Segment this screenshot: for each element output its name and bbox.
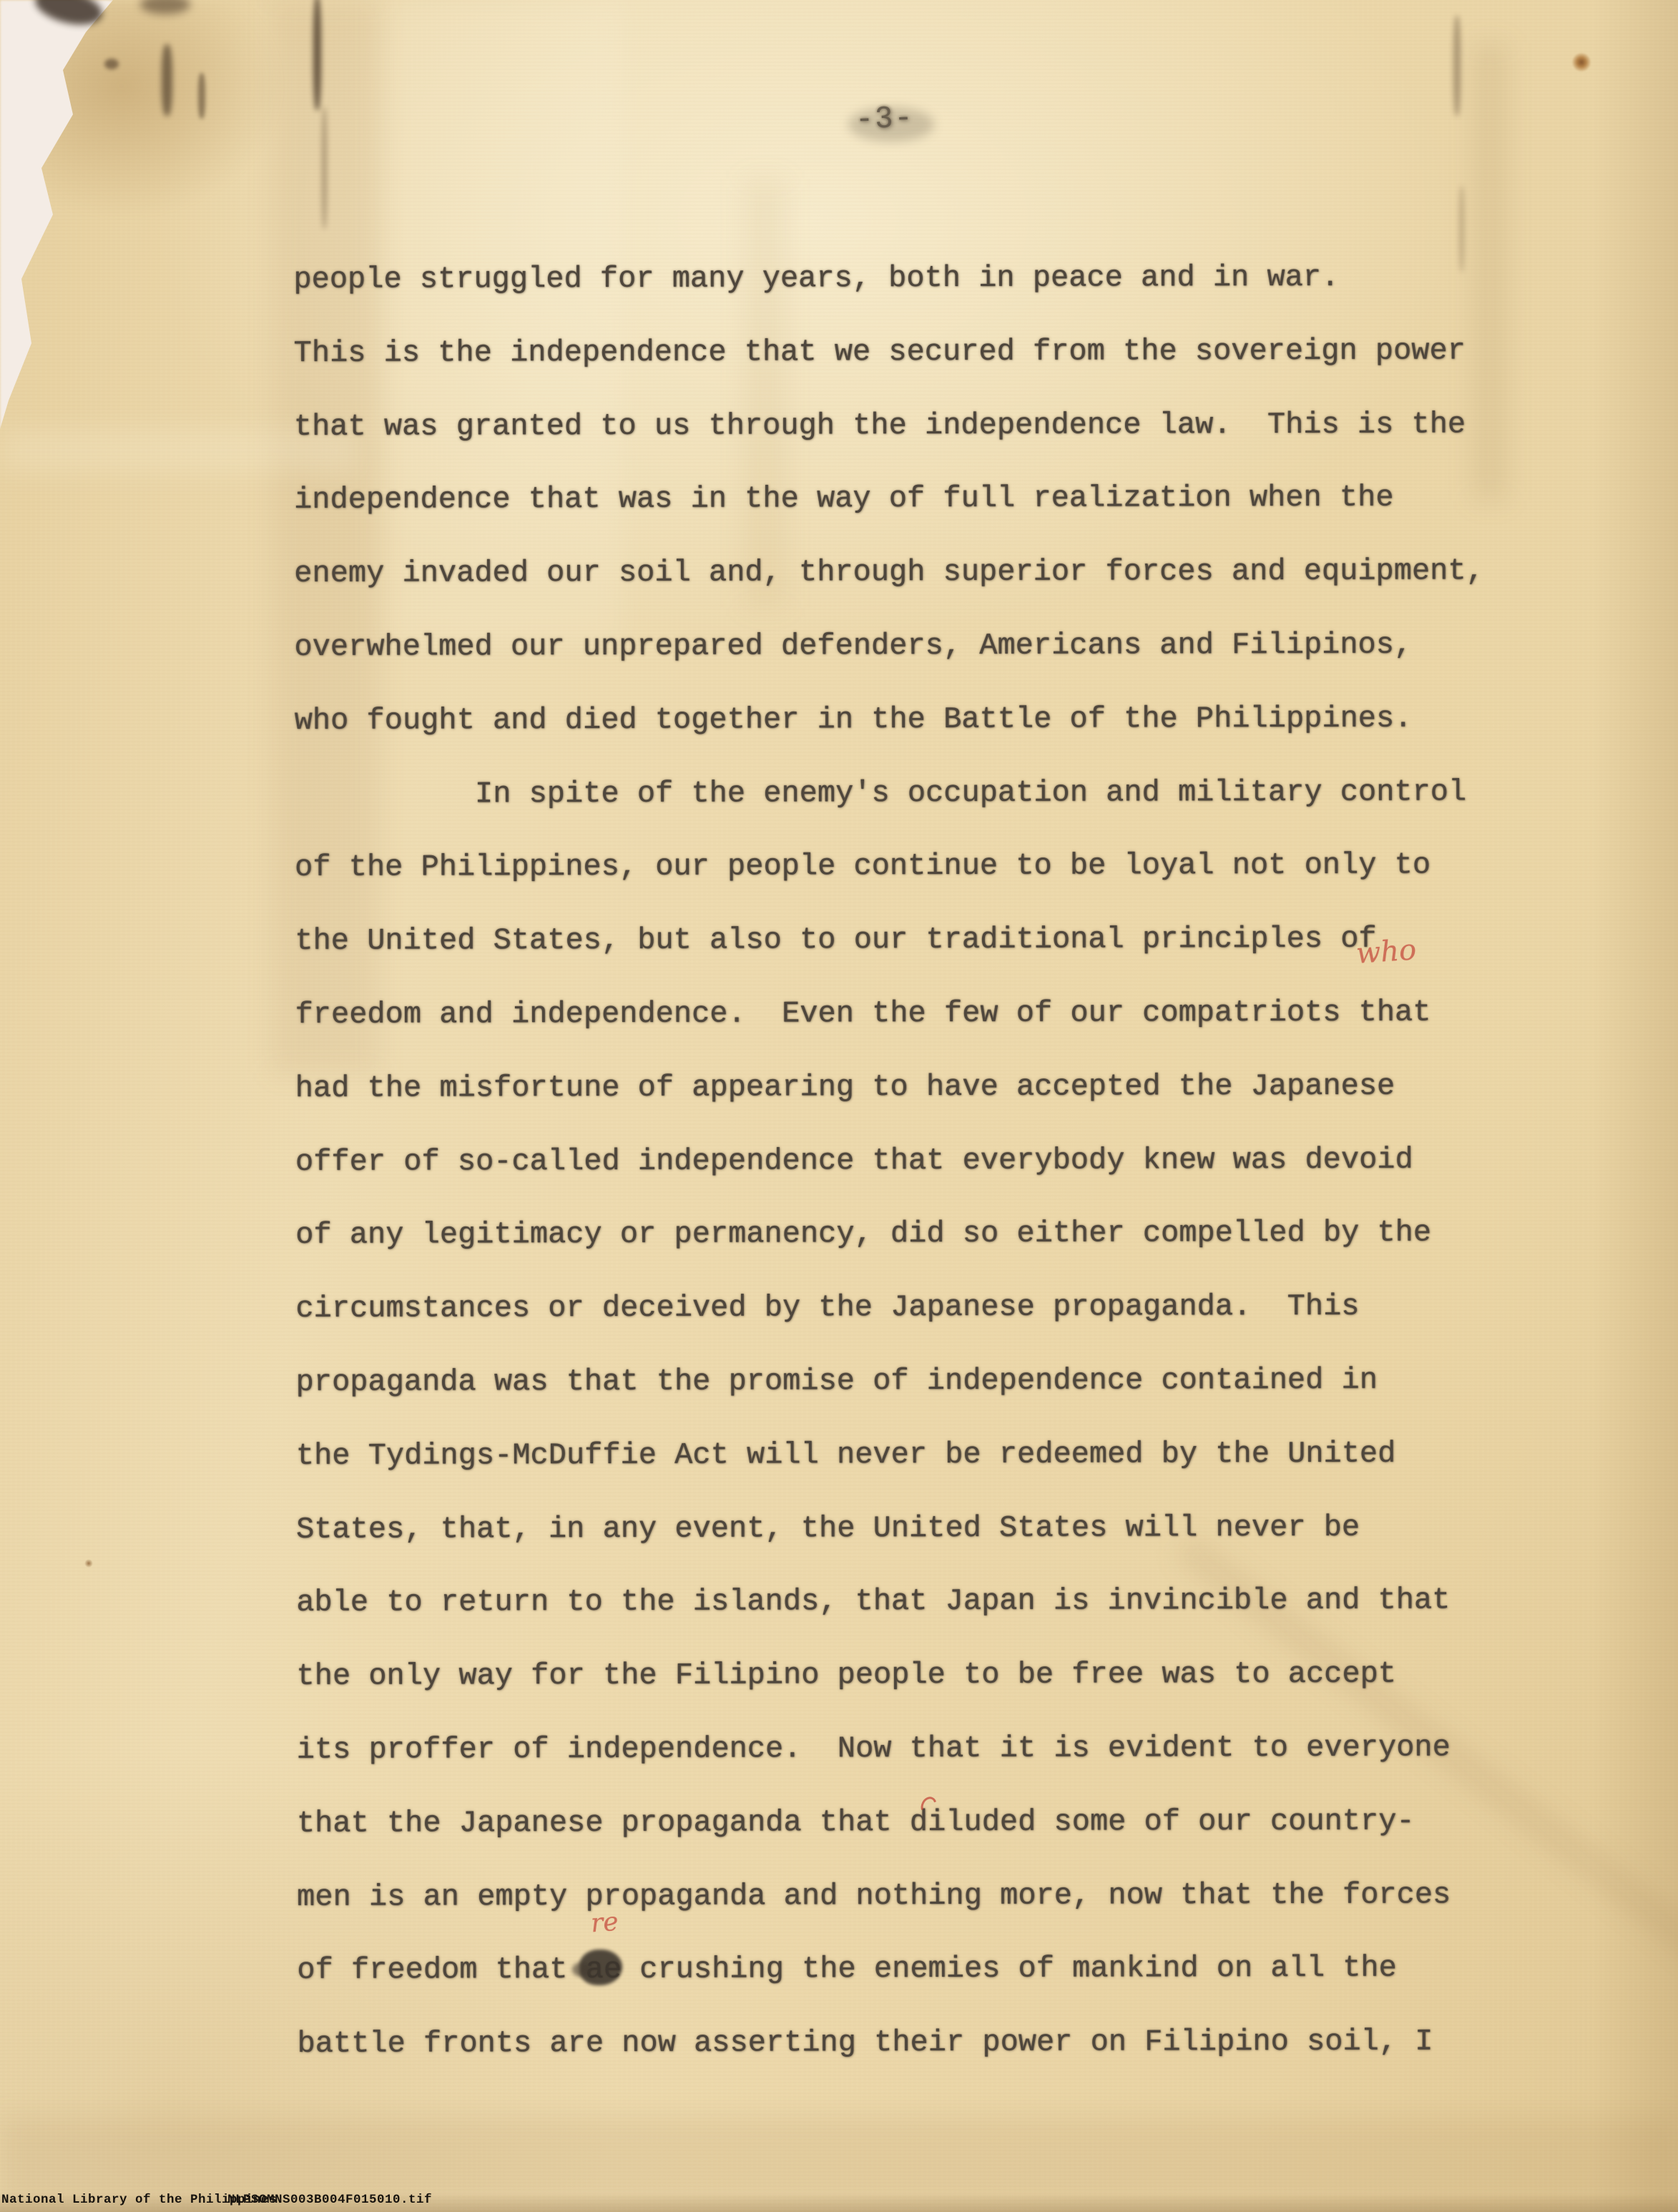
page-number: -3- bbox=[855, 99, 935, 138]
text-line: propaganda was that the promise of indep… bbox=[296, 1343, 1569, 1420]
text-line: States, that, in any event, the United S… bbox=[296, 1490, 1569, 1567]
text-line: of the Philippines, our people continue … bbox=[295, 829, 1568, 905]
red-handwritten-insertion: who bbox=[1355, 933, 1417, 970]
ink-stain bbox=[198, 73, 205, 119]
crease-stain bbox=[1453, 16, 1461, 116]
text-line: who fought and died together in the Batt… bbox=[295, 682, 1568, 758]
ink-stain bbox=[162, 44, 172, 116]
text-line: In spite of the enemy's occupation and m… bbox=[295, 755, 1568, 832]
scan-filename: NLPSOMNS003B004F015010.tif bbox=[227, 2193, 432, 2207]
red-handwritten-correction: re bbox=[590, 1907, 619, 1939]
text-line: battle fronts are now asserting their po… bbox=[297, 2005, 1570, 2081]
text-line: of freedom that ae crushing the enemies … bbox=[297, 1931, 1570, 2007]
text-line: its proffer of independence. Now that it… bbox=[297, 1711, 1570, 1787]
text-line: the Tydings-McDuffie Act will never be r… bbox=[296, 1417, 1569, 1493]
text-line: people struggled for many years, both in… bbox=[293, 240, 1566, 317]
text-line: independence that was in the way of full… bbox=[294, 461, 1567, 538]
torn-edge-scanner-background bbox=[0, 0, 157, 472]
scan-caption-bar: National Library of the Philippines NLPS… bbox=[0, 2188, 1678, 2212]
text-line: had the misfortune of appearing to have … bbox=[295, 1049, 1569, 1126]
text-line: able to return to the islands, that Japa… bbox=[296, 1563, 1569, 1640]
ink-stain bbox=[140, 0, 190, 14]
text-line: enemy invaded our soil and, through supe… bbox=[294, 534, 1567, 611]
crease-stain bbox=[313, 0, 321, 110]
text-line: the only way for the Filipino people to … bbox=[296, 1637, 1569, 1714]
text-line: that was granted to us through the indep… bbox=[294, 388, 1567, 464]
ink-stain bbox=[104, 59, 119, 69]
text-line: circumstances or deceived by the Japanes… bbox=[295, 1269, 1569, 1346]
text-line: of any legitimacy or permanency, did so … bbox=[295, 1196, 1569, 1272]
text-line: overwhelmed our unprepared defenders, Am… bbox=[294, 608, 1567, 684]
text-line: This is the independence that we secured… bbox=[294, 314, 1567, 390]
text-line: freedom and independence. Even the few o… bbox=[295, 975, 1568, 1052]
text-line: offer of so-called independence that eve… bbox=[295, 1123, 1569, 1199]
page-edge-shadow bbox=[1592, 0, 1678, 2212]
rust-spot bbox=[84, 1559, 93, 1568]
text-line: that the Japanese propaganda that dilude… bbox=[297, 1784, 1570, 1861]
rust-spot bbox=[1572, 53, 1591, 72]
scanned-document-page: -3- people struggled for many years, bot… bbox=[0, 0, 1678, 2212]
crease-stain bbox=[322, 107, 327, 229]
text-line: men is an empty propaganda and nothing m… bbox=[297, 1858, 1570, 1935]
typed-ink-blot bbox=[572, 1962, 591, 1977]
